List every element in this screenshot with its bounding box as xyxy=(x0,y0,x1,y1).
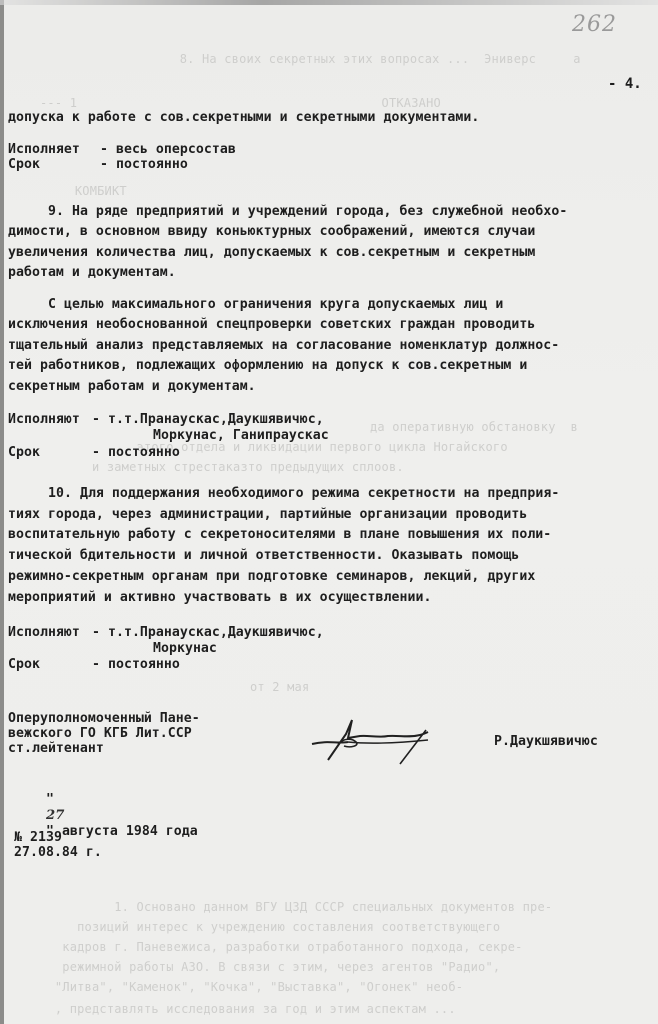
item10-line-1: 10. Для поддержания необходимого режима … xyxy=(48,486,559,502)
item8-term-label: Срок xyxy=(8,157,40,173)
item9-para2-line-5: секретным работам и документам. xyxy=(8,379,256,395)
bleed-through-text: , представлять исследования за год и эти… xyxy=(40,1002,456,1016)
bleed-through-text: "Литва", "Каменок", "Кочка", "Выставка",… xyxy=(40,980,463,994)
item9-line-3: увеличения количества лиц, допускаемых к… xyxy=(8,245,535,261)
item9-executor-label: Исполняют xyxy=(8,412,80,428)
signatory-name: Р.Даукшявичюс xyxy=(494,734,598,750)
bleed-through-text: 8. На своих секретных этих вопросах ... … xyxy=(150,52,581,66)
bleed-through-text: позиций интерес к учреждению составления… xyxy=(40,920,500,934)
item9-term-value: - постоянно xyxy=(92,445,180,461)
item9-line-4: работам и документам. xyxy=(8,265,176,281)
item10-line-5: режимно-секретным органам при подготовке… xyxy=(8,569,535,585)
bleed-through-text: режимной работы АЗО. В связи с этим, чер… xyxy=(40,960,500,974)
item9-line-1: 9. На ряде предприятий и учреждений горо… xyxy=(48,204,567,220)
item10-executor-line-2: Моркунас xyxy=(153,641,217,657)
item8-executor-label: Исполняет xyxy=(8,142,80,158)
item10-line-6: мероприятий и активно участвовать в их о… xyxy=(8,590,431,606)
date-open-quote: " xyxy=(46,792,54,807)
item9-para2-line-3: тщательный анализ представляемых на согл… xyxy=(8,338,559,354)
item9-line-2: димости, в основном ввиду коньюктурных с… xyxy=(8,224,535,240)
item9-term-label: Срок xyxy=(8,445,40,461)
item9-para2-line-4: тей работников, подлежащих оформлению на… xyxy=(8,358,527,374)
registration-number: № 2139 xyxy=(14,830,62,846)
bleed-through-text: кадров г. Паневежиса, разработки отработ… xyxy=(40,940,523,954)
item10-line-4: тической бдительности и личной ответстве… xyxy=(8,548,519,564)
item9-para2-line-1: С целью максимального ограничения круга … xyxy=(48,297,503,313)
signatory-title-line-3: ст.лейтенант xyxy=(8,741,104,757)
bleed-through-text: да оперативную обстановку в xyxy=(370,420,578,434)
document-page: 8. На своих секретных этих вопросах ... … xyxy=(0,0,658,1024)
bleed-through-text: КОМБИКТ xyxy=(60,184,127,198)
page-number: - 4. xyxy=(608,76,642,92)
item9-executor-line-2: Моркунас, Ганипраускас xyxy=(153,428,329,444)
item10-executor-label: Исполняют xyxy=(8,625,80,641)
date-month-year: " августа 1984 года xyxy=(46,824,198,839)
signatory-title-line-1: Оперуполномоченный Пане- xyxy=(8,711,200,727)
signatory-title-line-2: вежского ГО КГБ Лит.ССР xyxy=(8,726,192,742)
archive-page-number: 262 xyxy=(572,12,617,37)
bleed-through-text: от 2 мая xyxy=(250,680,309,694)
item9-executor-line-1: - т.т.Пранаускас,Даукшявичюс, xyxy=(92,412,324,428)
bleed-through-text: --- 1 ОТКАЗАНО xyxy=(40,96,441,110)
item10-line-3: воспитательную работу с секретоносителям… xyxy=(8,527,551,543)
bleed-through-text: и заметных стрестаказто предыдущих сплоо… xyxy=(40,460,404,474)
registration-date: 27.08.84 г. xyxy=(14,845,102,861)
item10-term-label: Срок xyxy=(8,657,40,673)
item8-executor-value: - весь оперсостав xyxy=(100,142,236,158)
handwritten-signature xyxy=(308,708,448,768)
item10-line-2: тиях города, через администрации, партий… xyxy=(8,507,527,523)
item10-term-value: - постоянно xyxy=(92,657,180,673)
item8-term-value: - постоянно xyxy=(100,157,188,173)
intro-line: допуска к работе с сов.секретными и секр… xyxy=(8,110,479,126)
item9-para2-line-2: исключения необоснованной спецпроверки с… xyxy=(8,317,535,333)
bleed-through-text: 1. Основано данном ВГУ ЦЗД СССР специаль… xyxy=(40,900,552,914)
item10-executor-line-1: - т.т.Пранаускас,Даукшявичюс, xyxy=(92,625,324,641)
date-day-handwritten: 27 xyxy=(46,808,64,823)
